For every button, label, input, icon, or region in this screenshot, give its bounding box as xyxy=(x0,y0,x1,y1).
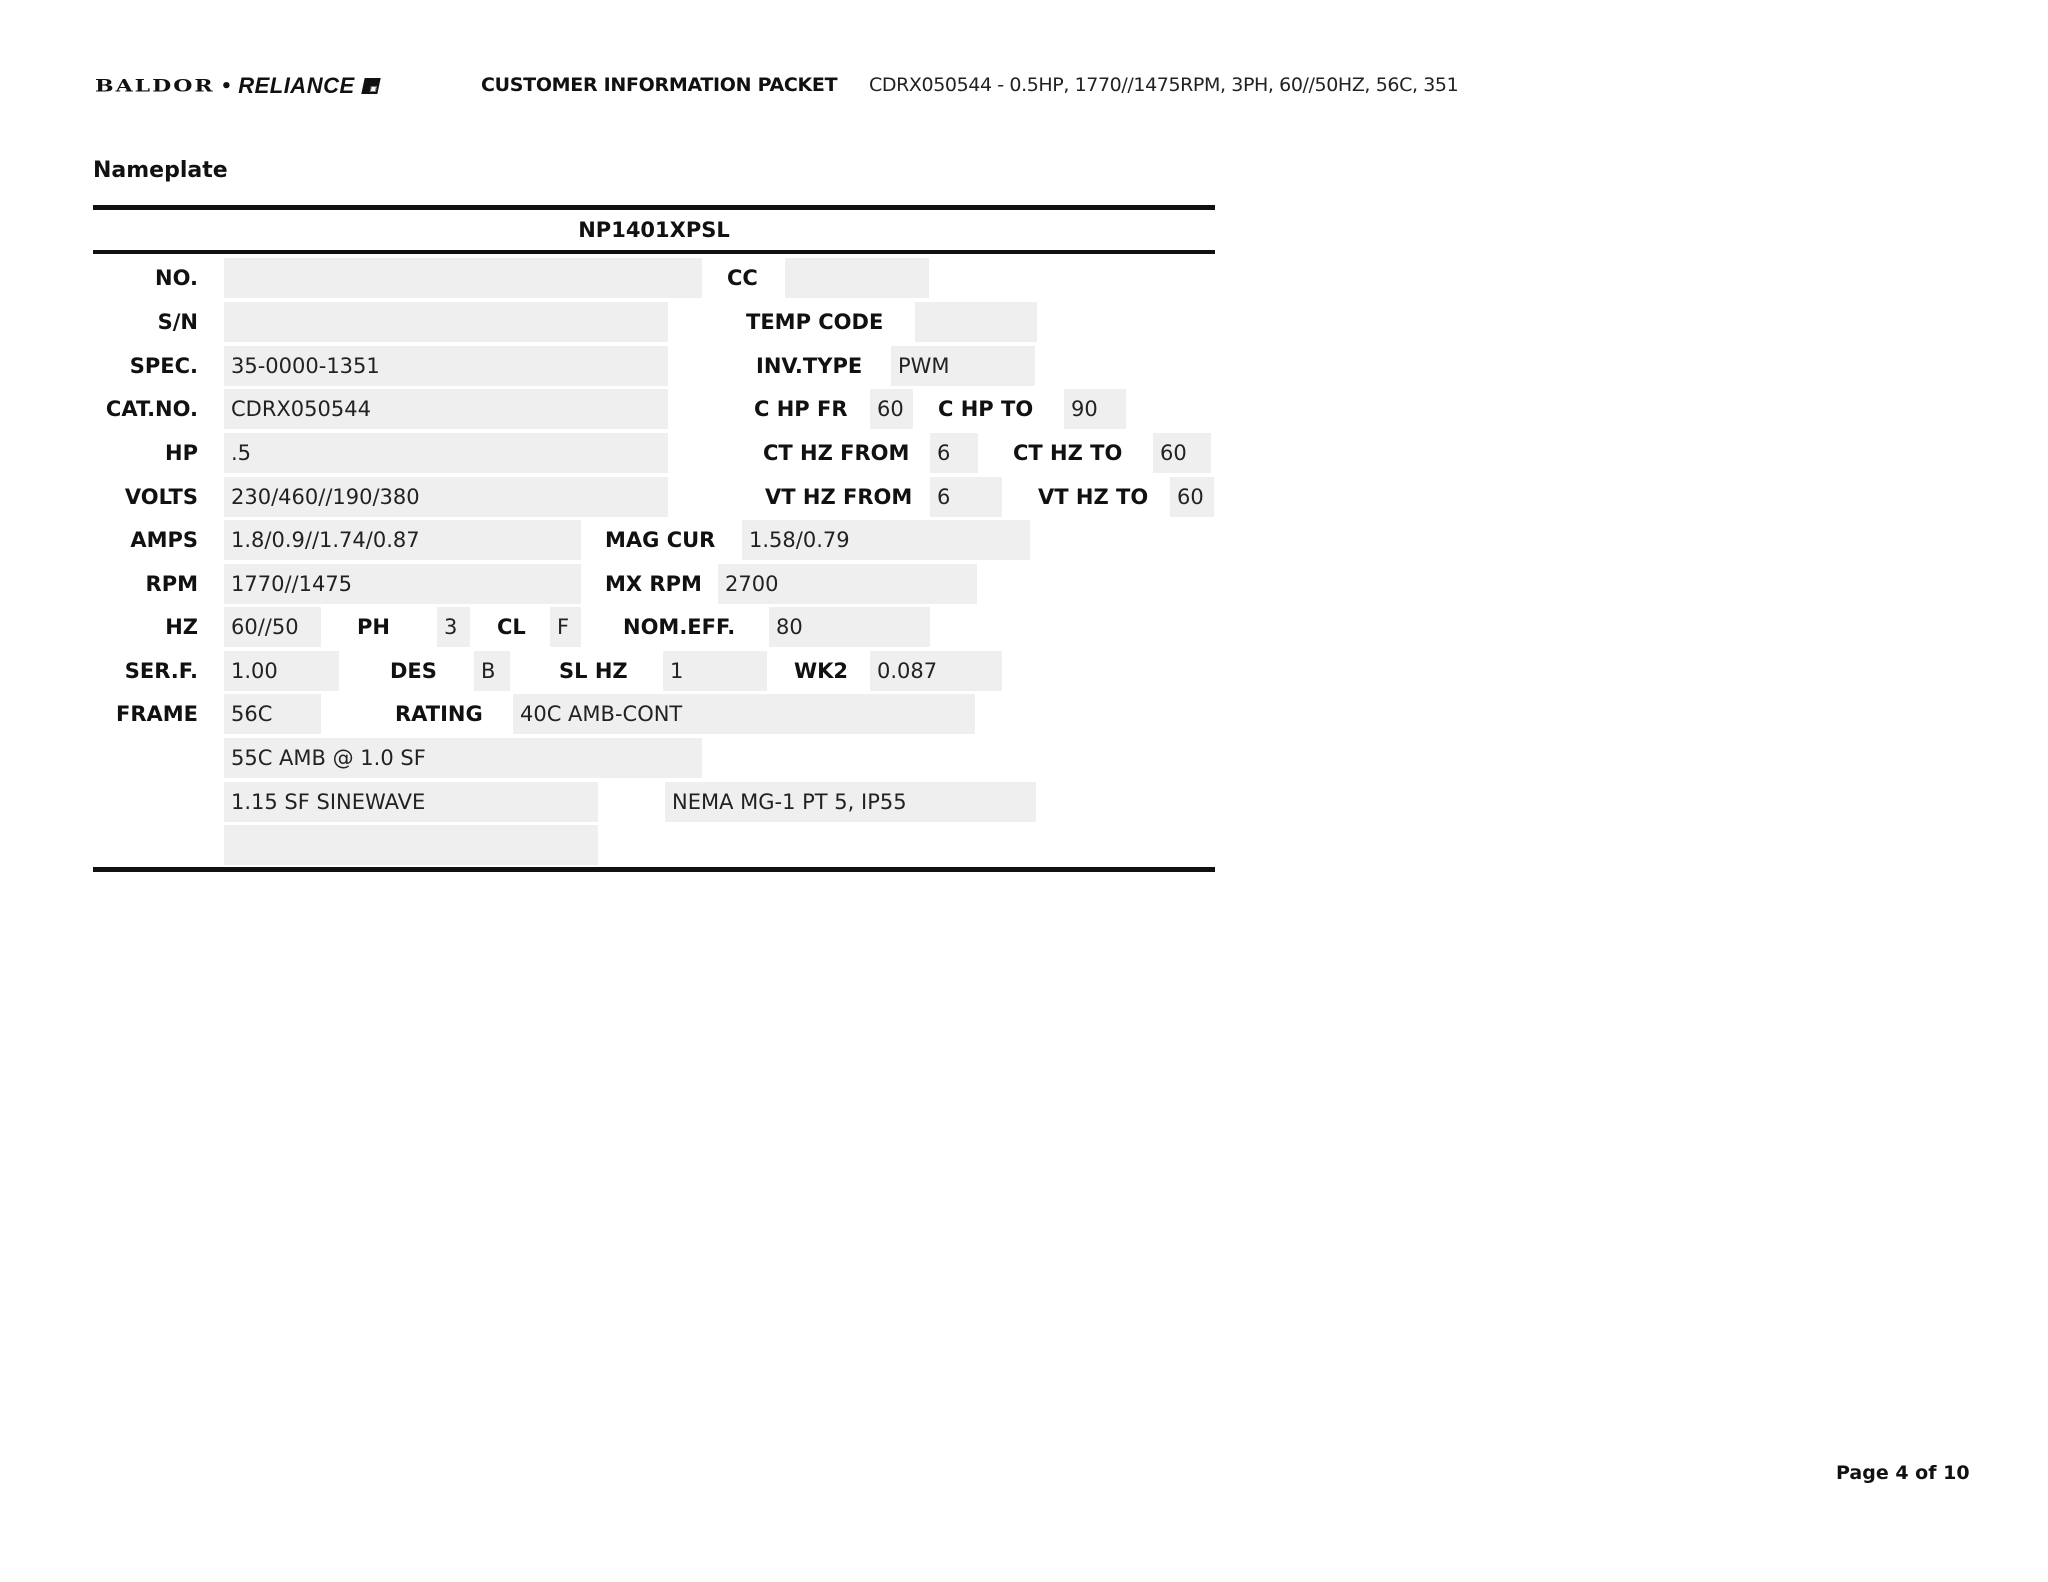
label-ser-f: SER.F. xyxy=(93,651,198,691)
label-frame: FRAME xyxy=(93,694,198,734)
page-number: Page 4 of 10 xyxy=(1836,1462,1970,1484)
label-rating: RATING xyxy=(395,694,483,734)
value-c-hp-fr: 60 xyxy=(870,389,913,429)
value-hp: .5 xyxy=(224,433,668,473)
value-ct-hz-from: 6 xyxy=(930,433,978,473)
label-mx-rpm: MX RPM xyxy=(605,564,702,604)
label-ct-hz-from: CT HZ FROM xyxy=(763,433,909,473)
label-ct-hz-to: CT HZ TO xyxy=(1013,433,1122,473)
label-cat-no: CAT.NO. xyxy=(93,389,198,429)
label-rpm: RPM xyxy=(93,564,198,604)
label-vt-hz-from: VT HZ FROM xyxy=(765,477,912,517)
label-no: NO. xyxy=(93,258,198,298)
value-vt-hz-to: 60 xyxy=(1170,477,1214,517)
value-hz: 60//50 xyxy=(224,607,321,647)
label-hz: HZ xyxy=(93,607,198,647)
value-ct-hz-to: 60 xyxy=(1153,433,1211,473)
table-header-rule xyxy=(93,250,1215,254)
extra-line-1: 55C AMB @ 1.0 SF xyxy=(224,738,702,778)
label-cc: CC xyxy=(727,258,758,298)
value-ser-f: 1.00 xyxy=(224,651,339,691)
label-wk2: WK2 xyxy=(794,651,848,691)
value-vt-hz-from: 6 xyxy=(930,477,1002,517)
value-volts: 230/460//190/380 xyxy=(224,477,668,517)
reliance-mark-icon xyxy=(361,78,380,94)
product-summary: CDRX050544 - 0.5HP, 1770//1475RPM, 3PH, … xyxy=(869,74,1458,96)
label-inv-type: INV.TYPE xyxy=(756,346,862,386)
value-spec: 35-0000-1351 xyxy=(224,346,668,386)
table-bottom-rule xyxy=(93,867,1215,872)
logo-baldor-text: BALDOR xyxy=(95,76,215,96)
label-nom-eff: NOM.EFF. xyxy=(623,607,735,647)
extra-line-3: NEMA MG-1 PT 5, IP55 xyxy=(665,782,1036,822)
value-frame: 56C xyxy=(224,694,321,734)
document-title: CUSTOMER INFORMATION PACKET xyxy=(481,74,837,96)
label-sn: S/N xyxy=(93,302,198,342)
label-c-hp-to: C HP TO xyxy=(938,389,1033,429)
value-amps: 1.8/0.9//1.74/0.87 xyxy=(224,520,581,560)
label-des: DES xyxy=(390,651,437,691)
table-top-rule xyxy=(93,205,1215,210)
extra-line-2: 1.15 SF SINEWAVE xyxy=(224,782,598,822)
value-temp-code xyxy=(915,302,1037,342)
value-ph: 3 xyxy=(437,607,470,647)
label-volts: VOLTS xyxy=(93,477,198,517)
value-mag-cur: 1.58/0.79 xyxy=(742,520,1030,560)
label-hp: HP xyxy=(93,433,198,473)
logo-reliance-text: RELIANCE xyxy=(238,73,354,99)
label-sl-hz: SL HZ xyxy=(559,651,628,691)
value-mx-rpm: 2700 xyxy=(718,564,977,604)
value-inv-type: PWM xyxy=(891,346,1035,386)
value-des: B xyxy=(474,651,510,691)
label-cl: CL xyxy=(497,607,526,647)
label-spec: SPEC. xyxy=(93,346,198,386)
value-wk2: 0.087 xyxy=(870,651,1002,691)
nameplate-id: NP1401XPSL xyxy=(93,218,1215,242)
value-nom-eff: 80 xyxy=(769,607,930,647)
value-rating: 40C AMB-CONT xyxy=(513,694,975,734)
logo-separator: • xyxy=(221,76,233,97)
value-no xyxy=(224,258,702,298)
section-title: Nameplate xyxy=(93,158,228,183)
value-cc xyxy=(785,258,929,298)
value-rpm: 1770//1475 xyxy=(224,564,581,604)
value-c-hp-to: 90 xyxy=(1064,389,1126,429)
value-cl: F xyxy=(550,607,581,647)
extra-line-4 xyxy=(224,825,598,865)
label-amps: AMPS xyxy=(93,520,198,560)
label-c-hp-fr: C HP FR xyxy=(754,389,848,429)
label-temp-code: TEMP CODE xyxy=(746,302,883,342)
brand-logo: BALDOR • RELIANCE xyxy=(95,72,379,100)
value-sl-hz: 1 xyxy=(663,651,767,691)
value-cat-no: CDRX050544 xyxy=(224,389,668,429)
label-mag-cur: MAG CUR xyxy=(605,520,715,560)
value-sn xyxy=(224,302,668,342)
label-vt-hz-to: VT HZ TO xyxy=(1038,477,1148,517)
label-ph: PH xyxy=(357,607,390,647)
